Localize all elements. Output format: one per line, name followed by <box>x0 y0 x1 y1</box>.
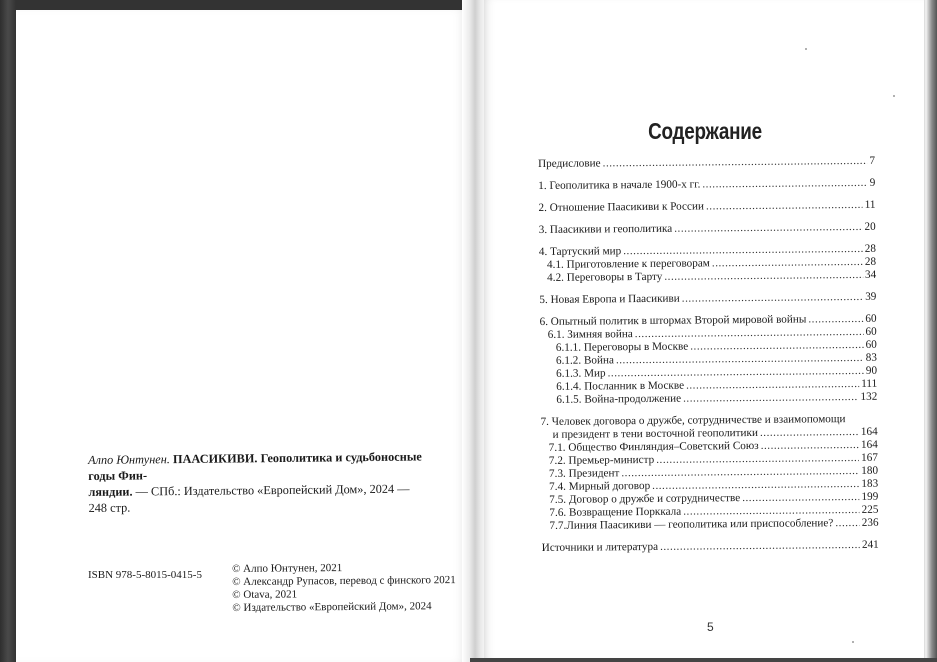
toc-entry: 7.7.Линия Паасикиви — геополитика или пр… <box>541 517 878 533</box>
toc-entry: 1. Геополитика в начале 1900-х гг.9 <box>538 177 875 193</box>
dot-leader <box>742 491 859 505</box>
toc-entry-page: 90 <box>866 365 877 378</box>
toc-entry-title: 6.1.1. Переговоры в Москве <box>556 341 689 355</box>
dot-leader <box>674 221 862 236</box>
toc-entry-title: 1. Геополитика в начале 1900-х гг. <box>538 178 700 193</box>
toc-entry: 5. Новая Европа и Паасикиви39 <box>539 291 876 307</box>
toc-entry-title: 2. Отношение Паасикиви к России <box>538 200 704 215</box>
toc-entry-page: 34 <box>865 269 876 282</box>
dot-leader <box>664 269 863 284</box>
toc-entry-title: 7.7.Линия Паасикиви — геополитика или пр… <box>549 517 833 533</box>
toc-entry-title: 6.1.5. Война-продолжение <box>556 393 681 407</box>
toc-entry-page: 20 <box>864 221 875 234</box>
toc-entry: Предисловие7 <box>538 155 875 171</box>
toc-entry: 3. Паасикиви и геополитика20 <box>539 221 876 237</box>
toc-entry-title: 6.1. Зимняя война <box>548 328 633 342</box>
toc-entry: 6.1.5. Война-продолжение132 <box>540 391 877 407</box>
dot-leader <box>761 439 859 453</box>
copyright-line: © Александр Рупасов, перевод с финского … <box>232 574 456 589</box>
book-title: ПААСИКИВИ. <box>173 451 258 466</box>
bibliographic-record: Алпо Юнтунен. ПААСИКИВИ. Геополитика и с… <box>88 448 429 516</box>
toc-entry-page: 60 <box>865 326 876 339</box>
page-edge <box>924 0 937 662</box>
toc-entry-title: 3. Паасикиви и геополитика <box>539 223 673 237</box>
page-bottom-edge <box>470 658 937 662</box>
dot-leader <box>683 391 859 406</box>
toc-entry-page: 225 <box>862 504 879 517</box>
toc-entry-page: 164 <box>861 439 878 452</box>
page-number: 5 <box>707 620 714 634</box>
toc-entry-title: 5. Новая Европа и Паасикиви <box>539 293 680 307</box>
dot-leader <box>660 539 860 554</box>
toc-entry: 2. Отношение Паасикиви к России11 <box>538 199 875 215</box>
toc-entry-page: 28 <box>865 256 876 269</box>
toc-entry-page: 180 <box>861 465 878 478</box>
toc-entry-page: 236 <box>862 517 879 530</box>
dot-leader <box>808 313 863 327</box>
toc-heading: Содержание <box>562 118 849 145</box>
toc-entry-title: 4.2. Переговоры в Тарту <box>547 271 662 285</box>
toc-entry-page: 28 <box>865 243 876 256</box>
toc-entry-page: 11 <box>865 199 876 212</box>
imprint: — СПб.: Издательство «Европейский Дом», … <box>89 482 410 515</box>
table-of-contents: Предисловие71. Геополитика в начале 1900… <box>538 155 879 555</box>
toc-entry-page: 132 <box>860 391 877 404</box>
scan-speck <box>852 641 854 643</box>
copyright-line: © Издательство «Европейский Дом», 2024 <box>232 600 456 615</box>
dot-leader <box>603 155 868 171</box>
book-subtitle-cont: ляндии. <box>88 485 132 499</box>
toc-entry-page: 183 <box>861 478 878 491</box>
toc-entry-chapter-7: 7. Человек договора о дружбе, сотрудниче… <box>540 413 877 442</box>
toc-entry-title: 7.4. Мирный договор <box>549 480 650 494</box>
author-name: Алпо Юнтунен. <box>88 452 170 467</box>
toc-entry-title: 7.3. Президент <box>549 467 619 481</box>
toc-entry-title: 6.1.2. Война <box>556 354 614 368</box>
toc-entry-page: 83 <box>866 352 877 365</box>
toc-entry-page: 60 <box>865 313 876 326</box>
toc-entry-page: 7 <box>869 155 875 168</box>
dot-leader <box>702 177 867 192</box>
copyright-list: © Алпо Юнтунен, 2021 © Александр Рупасов… <box>232 561 456 615</box>
toc-entry: 4.2. Переговоры в Тарту34 <box>539 269 876 285</box>
dot-leader <box>706 199 863 214</box>
scan-speck <box>893 95 895 97</box>
toc-entry-page: 39 <box>865 291 876 304</box>
dot-leader <box>760 426 859 440</box>
dot-leader <box>682 291 864 306</box>
toc-entry-title: 7.6. Возвращение Порккала <box>549 506 681 520</box>
toc-entry-title: 6.1.3. Мир <box>556 367 606 380</box>
dot-leader <box>835 517 860 530</box>
isbn: ISBN 978-5-8015-0415-5 <box>88 568 202 582</box>
toc-entry-title: 7.2. Премьер-министр <box>549 454 654 468</box>
toc-entry-title: 4. Тартуский мир <box>539 245 621 259</box>
toc-entry-page: 60 <box>866 339 877 352</box>
toc-entry-title: Источники и литература <box>542 541 658 555</box>
toc-entry-page: 199 <box>861 491 878 504</box>
toc-entry-page: 164 <box>861 426 878 439</box>
scan-speck <box>805 48 807 50</box>
toc-entry-page: 9 <box>870 177 876 190</box>
toc-entry-page: 241 <box>862 539 879 552</box>
toc-entry-title: Предисловие <box>538 157 601 171</box>
toc-entry-title: 6.1.4. Посланник в Москве <box>556 380 684 394</box>
toc-entry-page: 167 <box>861 452 878 465</box>
toc-entry-page: 111 <box>861 378 877 391</box>
